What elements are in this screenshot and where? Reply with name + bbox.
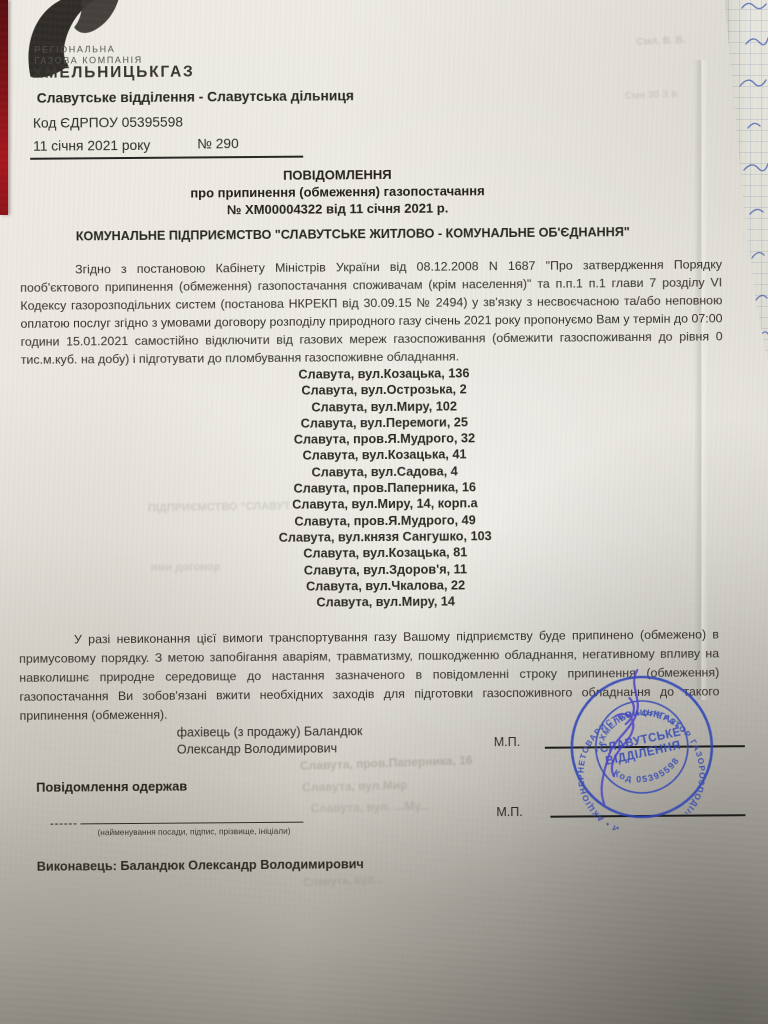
company-name: ХМЕЛЬНИЦЬКГАЗ (32, 63, 194, 82)
ghost-fragment: Славута, вул. ...Му... (310, 799, 430, 816)
document-number: № 290 (197, 136, 239, 151)
received-label: Повідомлення одержав (36, 779, 187, 795)
document-date: 11 січня 2021 року (33, 138, 150, 154)
official-position-line1: фахівець (з продажу) Баландюк (177, 723, 407, 742)
notification-document: Славута, пров.Паперника, 16Славута, вул.… (0, 0, 768, 1024)
paragraph-1: Згідно з постановою Кабінету Міністрів У… (20, 255, 723, 369)
official-signature-block: фахівець (з продажу) Баландюк Олександр … (177, 723, 407, 759)
official-name-line2: Олександр Володимирович (177, 740, 407, 759)
company-type-line1: РЕГІОНАЛЬНА (34, 44, 115, 55)
caption-line-dashes (50, 823, 76, 824)
title-block: ПОВІДОМЛЕННЯ про припинення (обмеження) … (7, 164, 667, 220)
signature-caption: (найменування посади, підпис, прізвище, … (86, 826, 301, 838)
executor-line: Виконавець: Баландюк Олександр Володимир… (37, 857, 364, 874)
branch-line: Славутське відділення - Славутська дільн… (37, 88, 354, 105)
address-list: Славута, вул.Козацька, 136Славута, вул.О… (19, 363, 751, 613)
edrpou-code: Код ЄДРПОУ 05395598 (33, 115, 183, 131)
stamp-place-mark-1: М.П. (494, 735, 520, 749)
date-underline (30, 156, 303, 160)
caption-line (80, 822, 303, 825)
stamp-place-mark-2: М.П. (496, 805, 522, 819)
ghost-fragment: Смн 30 З в (625, 89, 678, 102)
recipient-line: КОМУНАЛЬНЕ ПІДПРИЄМСТВО "СЛАВУТСЬКЕ ЖИТЛ… (8, 225, 698, 244)
ghost-fragment: Славута, вул... (303, 874, 383, 889)
pen-signature (567, 658, 698, 829)
ghost-fragment: Славута, вул.Мир (302, 778, 408, 795)
ghost-fragment: Смл. В. В. (636, 35, 686, 48)
